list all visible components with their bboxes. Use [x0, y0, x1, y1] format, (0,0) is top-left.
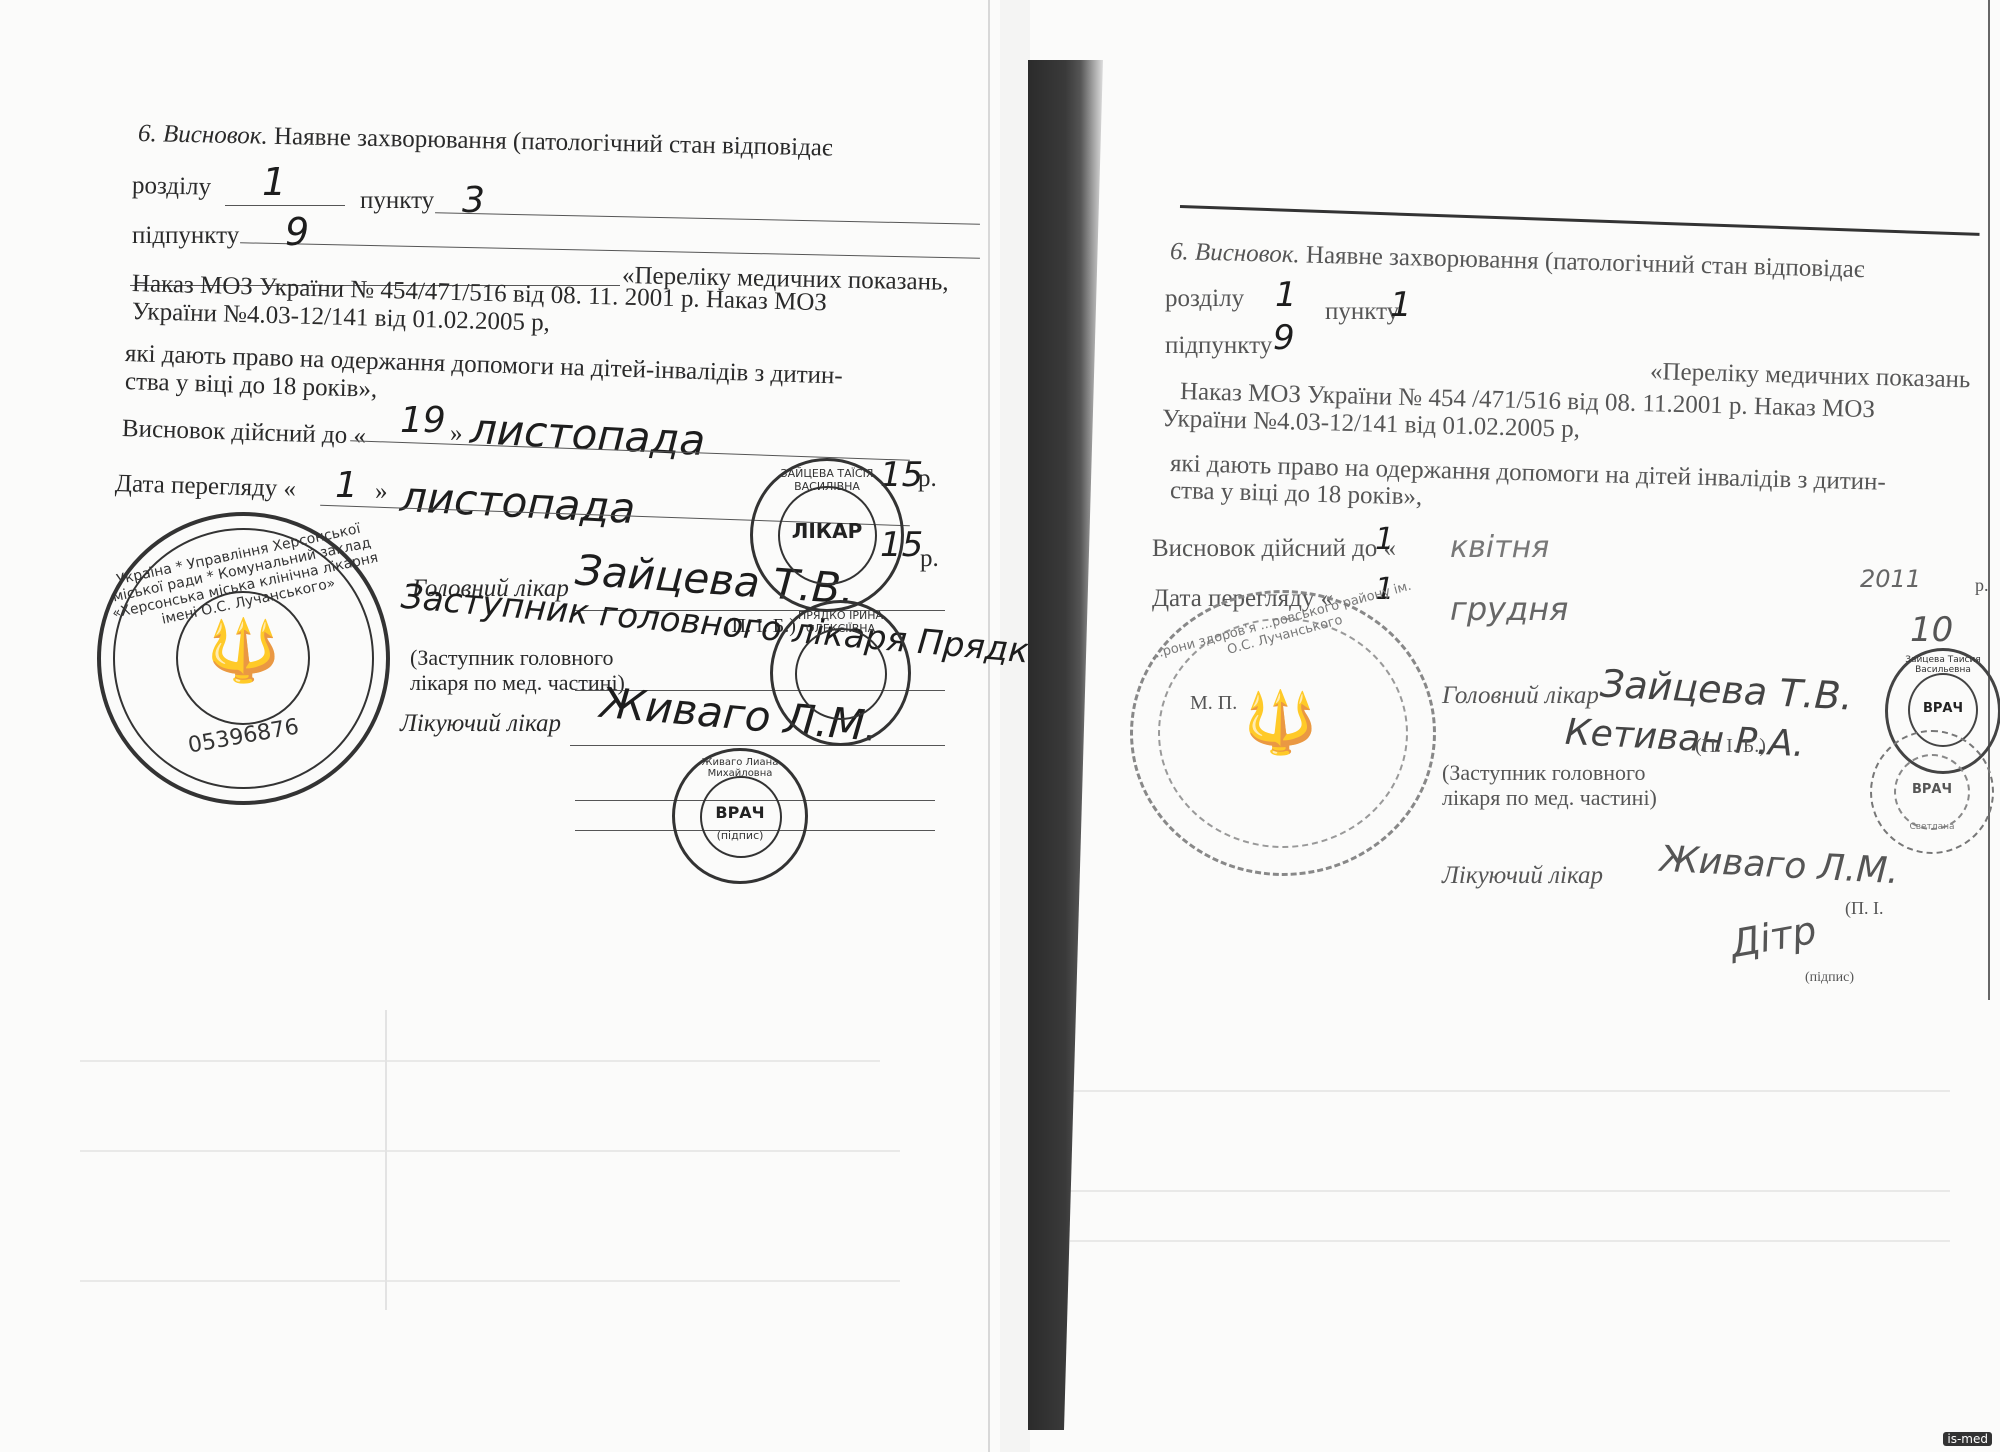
seal-center-text: ВРАЧ [1872, 782, 1992, 797]
pidpunktu-field [240, 242, 980, 258]
rozdilu-label: розділу [1165, 285, 1244, 313]
seal-ring-text: ЗАЙЦЕВА ТАЇСІЯ ВАСИЛІВНА [753, 467, 901, 493]
punktu-value: 1 [1390, 285, 1412, 325]
seal-ring-text: Светлана [1872, 822, 1992, 832]
disease-line: Наявне захворювання (патологічний стан в… [274, 123, 833, 162]
initials-label-2: (П. І. [1845, 898, 1884, 919]
year-suffix: р. [918, 465, 937, 493]
seal-ring-text: ПРЯДКО ІРИНА ОЛЕКСІЇВНА [773, 609, 908, 635]
treating-doctor-label: Лікуючий лікар [400, 710, 561, 738]
pidpunktu-label: підпункту [1165, 332, 1272, 360]
punktu-label: пункту [1325, 298, 1399, 326]
deputy-label-2: лікаря по мед. частині) [410, 670, 625, 696]
deputy-label-1: (Заступник головного [1442, 760, 1646, 786]
extra-signature: Дітр [1727, 908, 1820, 966]
review-month: грудня [1450, 590, 1568, 628]
seal-center-text: ВРАЧ [675, 803, 805, 822]
chief-doctor-label: Головний лікар [1442, 682, 1599, 710]
disease-line: Наявне захворювання (патологічний стан в… [1306, 242, 1865, 284]
review-day: 1 [335, 465, 358, 506]
pidpunktu-label: підпункту [132, 222, 239, 250]
rozdilu-row: розділу [132, 172, 212, 202]
page-edge [1988, 0, 1990, 1000]
treating-doctor-signature: Живаго Л.М. [1659, 839, 1900, 892]
rozdilu-value: 1 [1275, 275, 1297, 315]
institution-seal: ...рони здоров'я ...ровського району ім.… [1130, 590, 1436, 876]
pidpunktu-value: 9 [1273, 318, 1295, 358]
punktu-label: пункту [360, 187, 434, 215]
valid-label: Висновок дійсний до « [1152, 535, 1396, 563]
rights-line-2: ства у віці до 18 років», [1170, 477, 1423, 512]
valid-year: 2011 [1860, 565, 1921, 593]
seal-ring-text: Живаго Лиана Михайловна [675, 757, 805, 779]
signature-label: (підпис) [675, 829, 805, 842]
doctor-seal-1: ЗАЙЦЕВА ТАЇСІЯ ВАСИЛІВНА ЛІКАР [750, 458, 904, 612]
section-title: 6. Висновок. [138, 120, 268, 150]
treating-doctor-label: Лікуючий лікар [1442, 862, 1603, 890]
perelik-text: «Переліку медичних показань [1650, 358, 1971, 394]
deputy-signature: Кетиван Р.А. [1564, 712, 1805, 765]
trident-emblem-icon: 🔱 [1243, 693, 1313, 753]
valid-label: Висновок дійсний до « [122, 415, 367, 450]
section-title: 6. Висновок. [1170, 238, 1300, 268]
treating-field [570, 745, 945, 746]
review-label: Дата перегляду « [115, 470, 297, 504]
doctor-seal-2: ПРЯДКО ІРИНА ОЛЕКСІЇВНА [770, 600, 911, 746]
initials-label: (П. І. Б.) [1695, 735, 1766, 758]
section-title-line: 6. Висновок. Наявне захворювання (патоло… [1170, 238, 1865, 284]
seal-ring-text: Зайцева Таисия Васильевна [1888, 655, 1998, 675]
left-document-page: 6. Висновок. Наявне захворювання (патоло… [0, 0, 1000, 1452]
section-title-line: 6. Висновок. Наявне захворювання (патоло… [138, 120, 833, 163]
valid-month: листопада [469, 404, 707, 465]
seal-center-text: ВРАЧ [1888, 701, 1998, 716]
review-month: листопада [399, 472, 637, 533]
rozdilu-value: 1 [262, 160, 286, 204]
year-suffix: р. [1975, 575, 1989, 596]
review-year: 10 [1910, 610, 1953, 650]
watermark: is-med [1943, 1432, 1992, 1446]
institution-seal: 🔱 Україна * Управління Херсонської міськ… [97, 512, 390, 805]
valid-month: квітня [1450, 530, 1549, 565]
doctor-seal-3: Живаго Лиана Михайловна ВРАЧ (підпис) [672, 748, 808, 884]
top-rule [1180, 205, 1980, 236]
doctor-seal-2: Светлана ВРАЧ [1870, 730, 1994, 854]
quote-close: » [375, 478, 388, 506]
chief-doctor-signature: Зайцева Т.В. [1599, 661, 1854, 718]
punktu-value: 3 [462, 180, 485, 221]
valid-day: 19 [400, 400, 446, 441]
valid-day: 1 [1375, 522, 1394, 557]
signature-label: (підпис) [1805, 970, 1854, 986]
year-suffix: р. [920, 545, 939, 573]
page-edge [988, 0, 990, 1452]
rozdilu-field [225, 205, 345, 206]
deputy-label-1: (Заступник головного [410, 645, 614, 671]
seal-center-text: ЛІКАР [753, 519, 901, 543]
deputy-label-2: лікаря по мед. частині) [1442, 785, 1657, 811]
pidpunktu-value: 9 [285, 210, 309, 254]
trident-emblem-icon: 🔱 [206, 621, 276, 681]
punktu-field [435, 212, 980, 224]
valid-until-row: Висновок дійсний до « [122, 415, 367, 451]
rozdilu-label: розділу [132, 172, 212, 201]
right-document-page: 6. Висновок. Наявне захворювання (патоло… [1030, 0, 2000, 1452]
